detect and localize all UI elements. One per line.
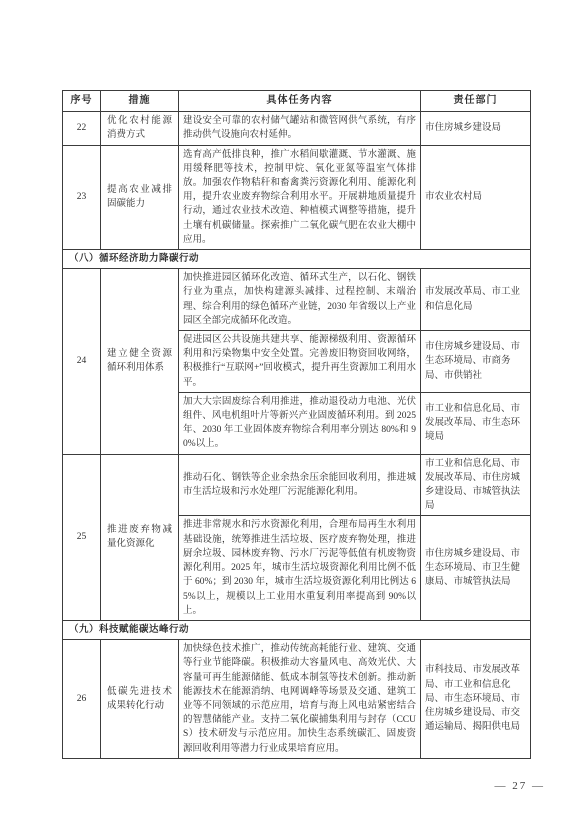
row-25-department-1: 市工业和信息化局、市发展改革局、市住房城乡建设局、市城管执法局 bbox=[421, 454, 531, 516]
row-25-measure: 推进废弃物减量化资源化 bbox=[101, 454, 179, 620]
row-25-department-2: 市住房城乡建设局、市生态环境局、市卫生健康局、市城管执法局 bbox=[421, 516, 531, 620]
row-25-task-1: 推动石化、钢铁等企业余热余压余能回收利用，推进城市生活垃圾和污水处理厂污泥能源化… bbox=[179, 454, 421, 516]
row-24-measure: 建立健全资源循环利用体系 bbox=[101, 269, 179, 454]
table-row-24-sub1: 24 建立健全资源循环利用体系 加快推进园区循环化改造、循环式生产，以石化、钢铁… bbox=[63, 269, 531, 331]
header-cell-dept: 责任部门 bbox=[421, 91, 531, 112]
row-24-department-2: 市住房城乡建设局、市生态环境局、市商务局、市供销社 bbox=[421, 331, 531, 393]
row-23-task: 选育高产低排良种，推广水稻间歇灌溉、节水灌溉、施用缓释肥等技术，控制甲烷、氧化亚… bbox=[179, 145, 421, 249]
document-page: { "page": { "footer_page_number": "— 27 … bbox=[0, 0, 578, 818]
row-23-measure: 提高农业减排固碳能力 bbox=[101, 145, 179, 249]
row-22-department: 市住房城乡建设局 bbox=[421, 112, 531, 145]
measures-table: 序号 措施 具体任务内容 责任部门 22 优化农村能源消费方式 建设安全可靠的农… bbox=[62, 90, 531, 759]
row-26-task: 加快绿色技术推广，推动传统高耗能行业、建筑、交通等行业节能降碳。积极推动大容量风… bbox=[179, 640, 421, 759]
row-25-task-2: 推进非常规水和污水资源化利用，合理布局再生水利用基础设施，统筹推进生活垃圾、医疗… bbox=[179, 516, 421, 620]
header-cell-no: 序号 bbox=[63, 91, 101, 112]
table-row-22: 22 优化农村能源消费方式 建设安全可靠的农村储气罐站和微管网供气系统，有序推动… bbox=[63, 112, 531, 145]
table-row-26: 26 低碳先进技术成果转化行动 加快绿色技术推广，推动传统高耗能行业、建筑、交通… bbox=[63, 640, 531, 759]
table-header-row: 序号 措施 具体任务内容 责任部门 bbox=[63, 91, 531, 112]
row-24-task-1: 加快推进园区循环化改造、循环式生产，以石化、钢铁行业为重点，加快构建源头减排、过… bbox=[179, 269, 421, 331]
table-row-23: 23 提高农业减排固碳能力 选育高产低排良种，推广水稻间歇灌溉、节水灌溉、施用缓… bbox=[63, 145, 531, 249]
section-header-9: （九）科技赋能碳达峰行动 bbox=[63, 620, 531, 639]
table-row-25-sub1: 25 推进废弃物减量化资源化 推动石化、钢铁等企业余热余压余能回收利用，推进城市… bbox=[63, 454, 531, 516]
section-header-8: （八）循环经济助力降碳行动 bbox=[63, 250, 531, 269]
row-24-department-3: 市工业和信息化局、市发展改革局、市生态环境局 bbox=[421, 392, 531, 454]
row-22-number: 22 bbox=[63, 112, 101, 145]
row-23-department: 市农业农村局 bbox=[421, 145, 531, 249]
row-24-task-2: 促进园区公共设施共建共享、能源梯级利用、资源循环利用和污染物集中安全处置。完善废… bbox=[179, 331, 421, 393]
section-8-title: （八）循环经济助力降碳行动 bbox=[63, 250, 531, 269]
section-9-title: （九）科技赋能碳达峰行动 bbox=[63, 620, 531, 639]
row-24-number: 24 bbox=[63, 269, 101, 454]
row-23-number: 23 bbox=[63, 145, 101, 249]
row-25-number: 25 bbox=[63, 454, 101, 620]
row-24-task-3: 加大大宗固废综合利用推进，推动退役动力电池、光伏组件、风电机组叶片等新兴产业固废… bbox=[179, 392, 421, 454]
header-cell-measure: 措施 bbox=[101, 91, 179, 112]
row-26-number: 26 bbox=[63, 640, 101, 759]
header-cell-task: 具体任务内容 bbox=[179, 91, 421, 112]
row-26-measure: 低碳先进技术成果转化行动 bbox=[101, 640, 179, 759]
row-22-task: 建设安全可靠的农村储气罐站和微管网供气系统，有序推动供气设施向农村延伸。 bbox=[179, 112, 421, 145]
page-number: — 27 — bbox=[495, 780, 546, 792]
row-26-department: 市科技局、市发展改革局、市工业和信息化局、市生态环境局、市住房城乡建设局、市交通… bbox=[421, 640, 531, 759]
row-24-department-1: 市发展改革局、市工业和信息化局 bbox=[421, 269, 531, 331]
row-22-measure: 优化农村能源消费方式 bbox=[101, 112, 179, 145]
